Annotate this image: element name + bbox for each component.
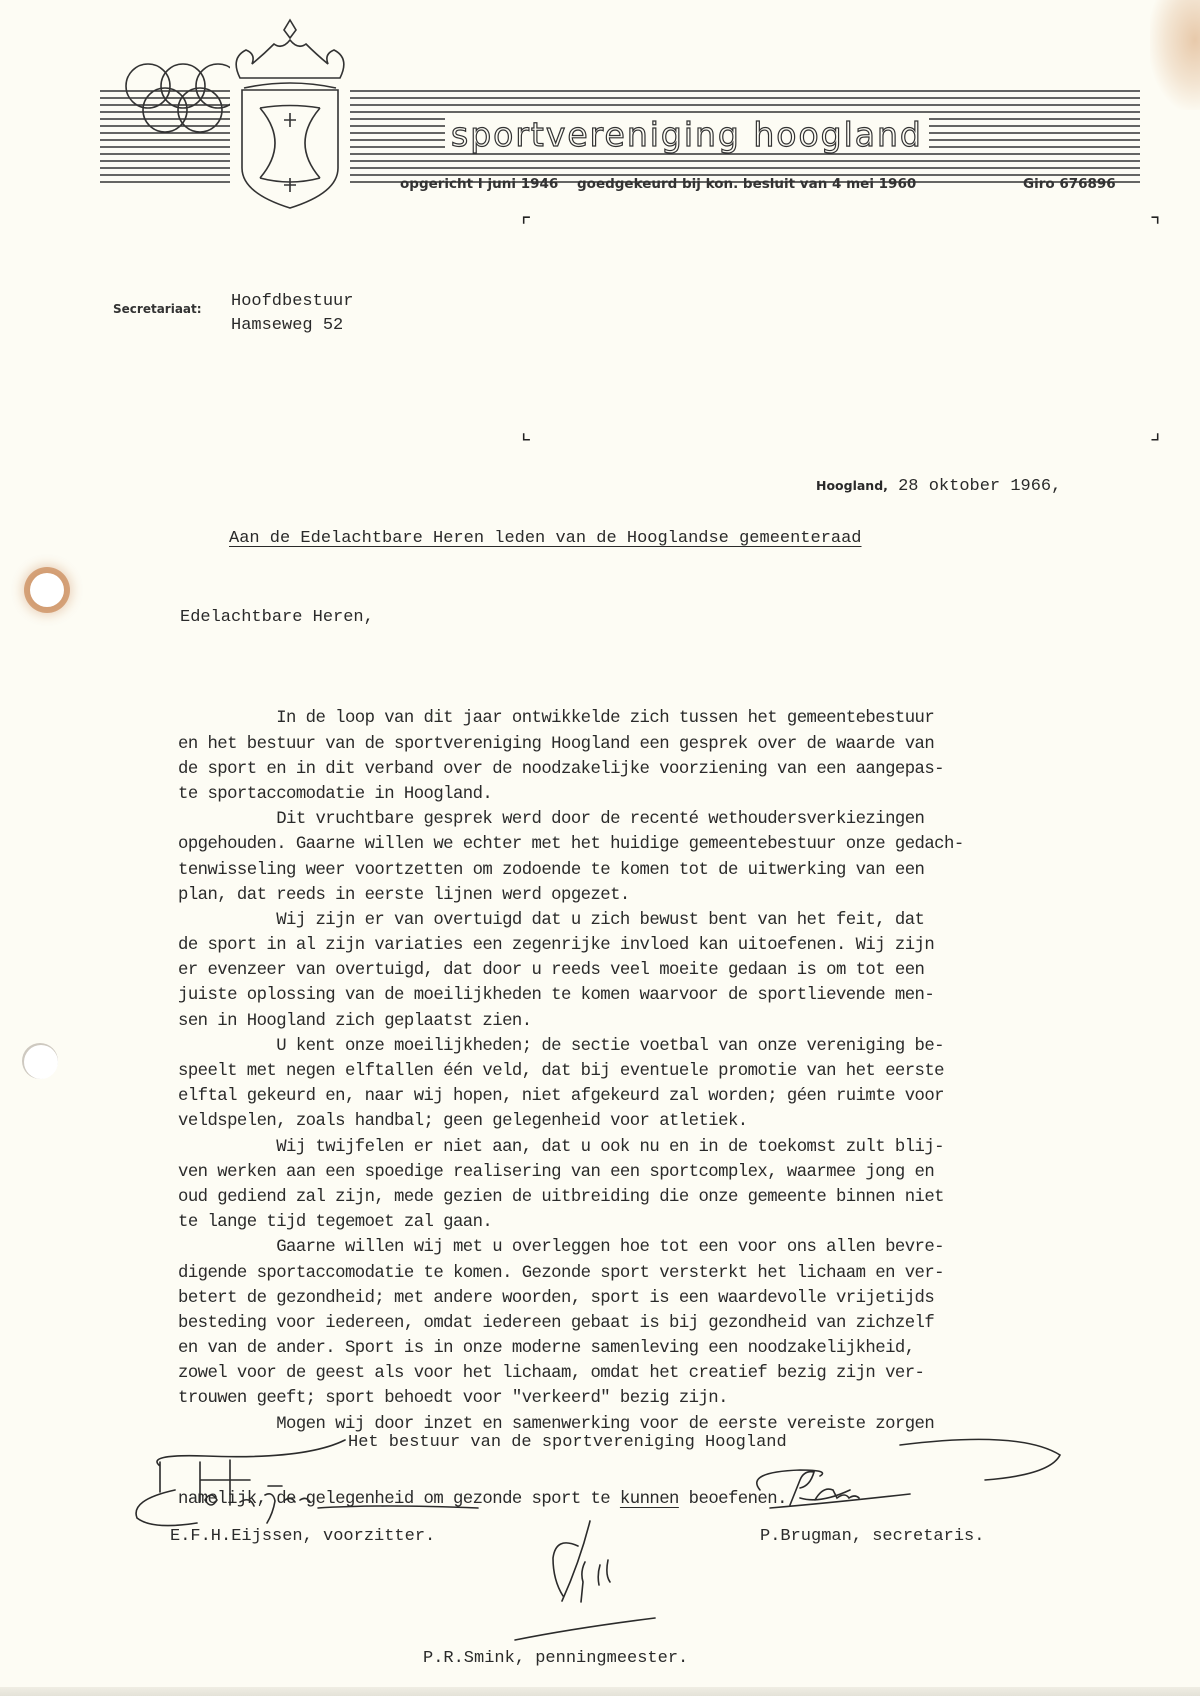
body-line: oud gediend zal zijn, mede gezien de uit… — [178, 1185, 1178, 1210]
body-line: tenwisseling weer voortzetten om zodoend… — [178, 858, 1178, 883]
signatory-secretary: P.Brugman, secretaris. — [760, 1527, 984, 1546]
body-line: er evenzeer van overtuigd, dat door u re… — [178, 958, 1178, 983]
body-line: te lange tijd tegemoet zal gaan. — [178, 1210, 1178, 1235]
signature-treasurer — [515, 1521, 655, 1640]
body-line: de sport en in dit verband over de noodz… — [178, 757, 1178, 782]
body-line: zowel voor de geest als voor het lichaam… — [178, 1361, 1178, 1386]
body-line: U kent onze moeilijkheden; de sectie voe… — [178, 1034, 1178, 1059]
window-corner-mark: ⌟ — [1150, 420, 1160, 445]
emphasized-word: kunnen — [620, 1490, 679, 1509]
body-line: In de loop van dit jaar ontwikkelde zich… — [178, 706, 1178, 731]
body-line: veldspelen, zoals handbal; geen gelegenh… — [178, 1109, 1178, 1134]
organization-name: sportvereniging hoogland — [445, 118, 929, 152]
body-line: opgehouden. Gaarne willen we echter met … — [178, 832, 1178, 857]
window-corner-mark: ⌜ — [521, 214, 531, 239]
date-value: 28 oktober 1966, — [898, 477, 1061, 496]
letterhead: sportvereniging hoogland opgericht I jun… — [100, 18, 1140, 218]
body-line: Wij twijfelen er niet aan, dat u ook nu … — [178, 1135, 1178, 1160]
body-line: besteding voor iedereen, omdat iedereen … — [178, 1311, 1178, 1336]
body-line: elftal gekeurd en, naar wij hopen, niet … — [178, 1084, 1178, 1109]
royal-approval: goedgekeurd bij kon. besluit van 4 mei 1… — [577, 176, 916, 192]
body-line: trouwen geeft; sport behoedt voor "verke… — [178, 1386, 1178, 1411]
date-place: Hoogland, — [816, 478, 888, 493]
body-line: Wij zijn er van overtuigd dat u zich bew… — [178, 908, 1178, 933]
closing-line: Het bestuur van de sportvereniging Hoogl… — [348, 1433, 787, 1452]
paper-stain — [1150, 0, 1200, 110]
address-line-1: Hoofdbestuur — [231, 290, 353, 314]
window-corner-mark: ⌝ — [1150, 214, 1160, 239]
body-line: speelt met negen elftallen één veld, dat… — [178, 1059, 1178, 1084]
body-line: digende sportaccomodatie te komen. Gezon… — [178, 1261, 1178, 1286]
secretariat-label: Secretariaat: — [113, 302, 202, 316]
punch-hole-bottom — [24, 1045, 58, 1079]
punch-hole-top — [30, 573, 64, 607]
body-line: de sport in al zijn variaties een zegenr… — [178, 933, 1178, 958]
body-final-line: namelijk, de gelegenheid om gezonde spor… — [178, 1487, 1178, 1512]
sender-address: Hoofdbestuur Hamseweg 52 — [231, 290, 353, 338]
body-line: juiste oplossing van de moeilijkheden te… — [178, 983, 1178, 1008]
letter-date: Hoogland, 28 oktober 1966, — [816, 477, 1061, 496]
body-line: plan, dat reeds in eerste lijnen werd op… — [178, 883, 1178, 908]
window-corner-mark: ⌞ — [521, 420, 531, 445]
body-line: betert de gezondheid; met andere woorden… — [178, 1286, 1178, 1311]
founded-date: opgericht I juni 1946 — [400, 176, 558, 192]
body-line: ven werken aan een spoedige realisering … — [178, 1160, 1178, 1185]
body-line: Dit vruchtbare gesprek werd door de rece… — [178, 807, 1178, 832]
address-line-2: Hamseweg 52 — [231, 314, 353, 338]
body-line: en het bestuur van de sportvereniging Ho… — [178, 732, 1178, 757]
giro-number: Giro 676896 — [1023, 176, 1116, 192]
signatory-treasurer: P.R.Smink, penningmeester. — [423, 1649, 688, 1668]
paper-bottom-edge — [0, 1687, 1200, 1696]
body-line: Gaarne willen wij met u overleggen hoe t… — [178, 1235, 1178, 1260]
crowned-coat-of-arms-icon — [230, 18, 350, 218]
body-line: en van de ander. Sport is in onze modern… — [178, 1336, 1178, 1361]
letter-body: In de loop van dit jaar ontwikkelde zich… — [178, 656, 1178, 1538]
addressee: Aan de Edelachtbare Heren leden van de H… — [229, 529, 862, 548]
signatory-chairman: E.F.H.Eijssen, voorzitter. — [170, 1527, 435, 1546]
salutation: Edelachtbare Heren, — [180, 608, 374, 627]
body-line: te sportaccomodatie in Hoogland. — [178, 782, 1178, 807]
body-line: sen in Hoogland zich geplaatst zien. — [178, 1009, 1178, 1034]
olympic-rings-icon — [118, 58, 248, 148]
